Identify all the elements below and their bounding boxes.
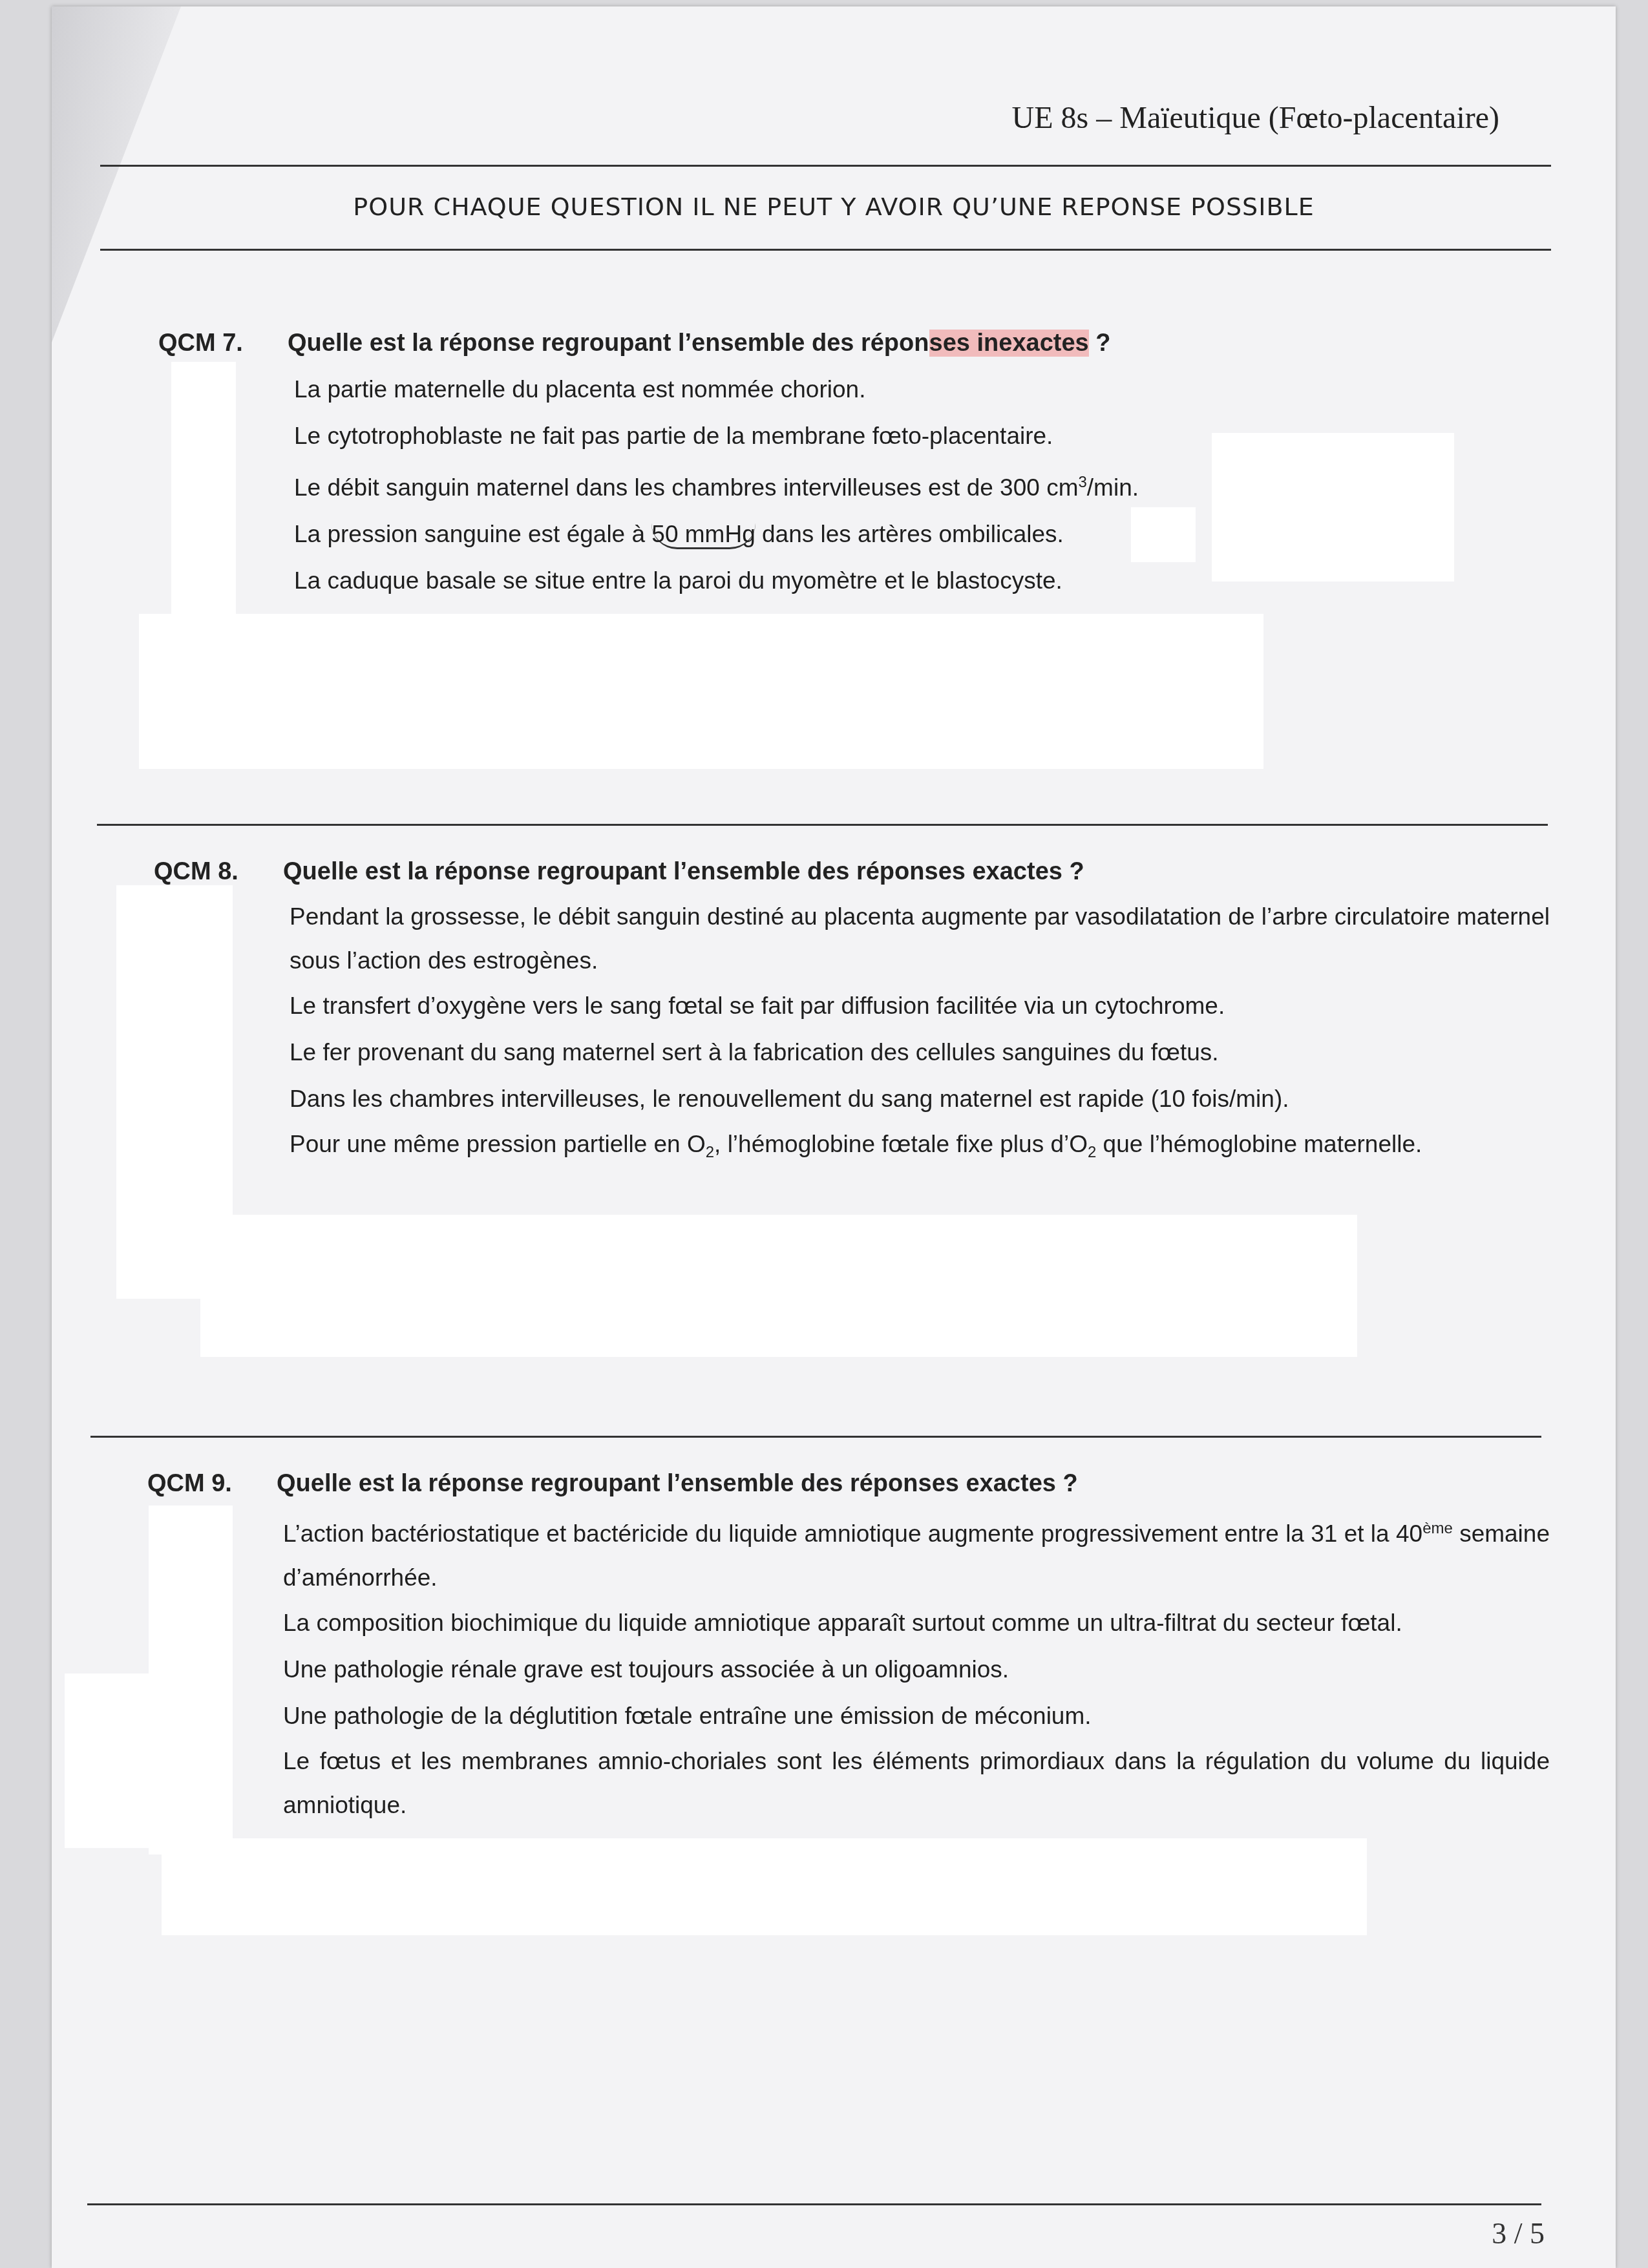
subscript: 2: [1088, 1144, 1096, 1161]
divider: [100, 249, 1551, 251]
page-number: 3 / 5: [1492, 2216, 1545, 2251]
course-header: UE 8s – Maïeutique (Fœto-placentaire): [1012, 100, 1499, 136]
answer-item: Le fer provenant du sang maternel sert à…: [290, 1029, 1550, 1076]
redaction-box: [1212, 433, 1454, 582]
redaction-box: [171, 362, 236, 620]
answer-text: Pour une même pression partielle en O: [290, 1131, 706, 1157]
redaction-box: [65, 1674, 155, 1848]
answer-item: Le transfert d’oxygène vers le sang fœta…: [290, 983, 1550, 1029]
superscript: ème: [1422, 1520, 1453, 1537]
question-number: QCM 8.: [154, 858, 283, 886]
instructions-notice: POUR CHAQUE QUESTION IL NE PEUT Y AVOIR …: [52, 193, 1616, 221]
answer-item: Une pathologie rénale grave est toujours…: [283, 1646, 1550, 1693]
question-8: QCM 8.Quelle est la réponse regroupant l…: [154, 858, 1550, 1175]
question-prompt-end: ?: [1089, 330, 1111, 357]
divider: [100, 165, 1551, 167]
answer-text: , l’hémoglobine fœtale fixe plus d’O: [714, 1131, 1088, 1157]
question-number: QCM 9.: [147, 1470, 277, 1498]
answer-item: Une pathologie de la déglutition fœtale …: [283, 1693, 1550, 1739]
divider: [87, 2203, 1541, 2205]
highlighted-text: ses inexactes: [929, 330, 1089, 357]
answer-item: La partie maternelle du placenta est nom…: [294, 366, 1561, 413]
divider: [97, 824, 1548, 826]
page-fold-shadow: [52, 6, 181, 342]
superscript: 3: [1078, 474, 1086, 491]
redaction-box: [149, 1506, 233, 1854]
redaction-box: [162, 1838, 1367, 1935]
answer-item: La composition biochimique du liquide am…: [283, 1600, 1550, 1646]
question-prompt: Quelle est la réponse regroupant l’ensem…: [277, 1470, 1078, 1497]
answer-text: que l’hémoglobine maternelle.: [1096, 1131, 1422, 1157]
answer-text: dans les artères ombilicales.: [755, 521, 1064, 547]
redaction-box: [200, 1215, 1357, 1357]
answer-item: Dans les chambres intervilleuses, le ren…: [290, 1076, 1550, 1122]
redaction-box: [1131, 507, 1196, 562]
answer-item: Pour une même pression partielle en O2, …: [290, 1122, 1550, 1175]
answer-item: Le fœtus et les membranes amnio-choriale…: [283, 1739, 1550, 1827]
question-number: QCM 7.: [158, 330, 288, 357]
answer-list: Pendant la grossesse, le débit sanguin d…: [154, 895, 1550, 1175]
question-title: QCM 8.Quelle est la réponse regroupant l…: [154, 858, 1550, 886]
answer-text: La pression sanguine est égale à: [294, 521, 651, 547]
answer-text: /min.: [1087, 474, 1139, 501]
question-prompt: Quelle est la réponse regroupant l’ensem…: [288, 330, 929, 357]
answer-text: L’action bactériostatique et bactéricide…: [283, 1520, 1422, 1547]
divider: [90, 1436, 1541, 1438]
subscript: 2: [706, 1144, 714, 1161]
handwritten-underline: 50 mmHg: [651, 521, 755, 549]
redaction-box: [139, 614, 1263, 769]
question-9: QCM 9.Quelle est la réponse regroupant l…: [147, 1470, 1550, 1827]
answer-list: L’action bactériostatique et bactéricide…: [147, 1507, 1550, 1827]
answer-text: Le débit sanguin maternel dans les chamb…: [294, 474, 1078, 501]
document-page: UE 8s – Maïeutique (Fœto-placentaire) PO…: [52, 6, 1616, 2268]
question-title: QCM 9.Quelle est la réponse regroupant l…: [147, 1470, 1550, 1498]
question-title: QCM 7.Quelle est la réponse regroupant l…: [158, 330, 1561, 357]
answer-item: L’action bactériostatique et bactéricide…: [283, 1507, 1550, 1600]
answer-item: Pendant la grossesse, le débit sanguin d…: [290, 895, 1550, 983]
question-prompt: Quelle est la réponse regroupant l’ensem…: [283, 858, 1084, 885]
